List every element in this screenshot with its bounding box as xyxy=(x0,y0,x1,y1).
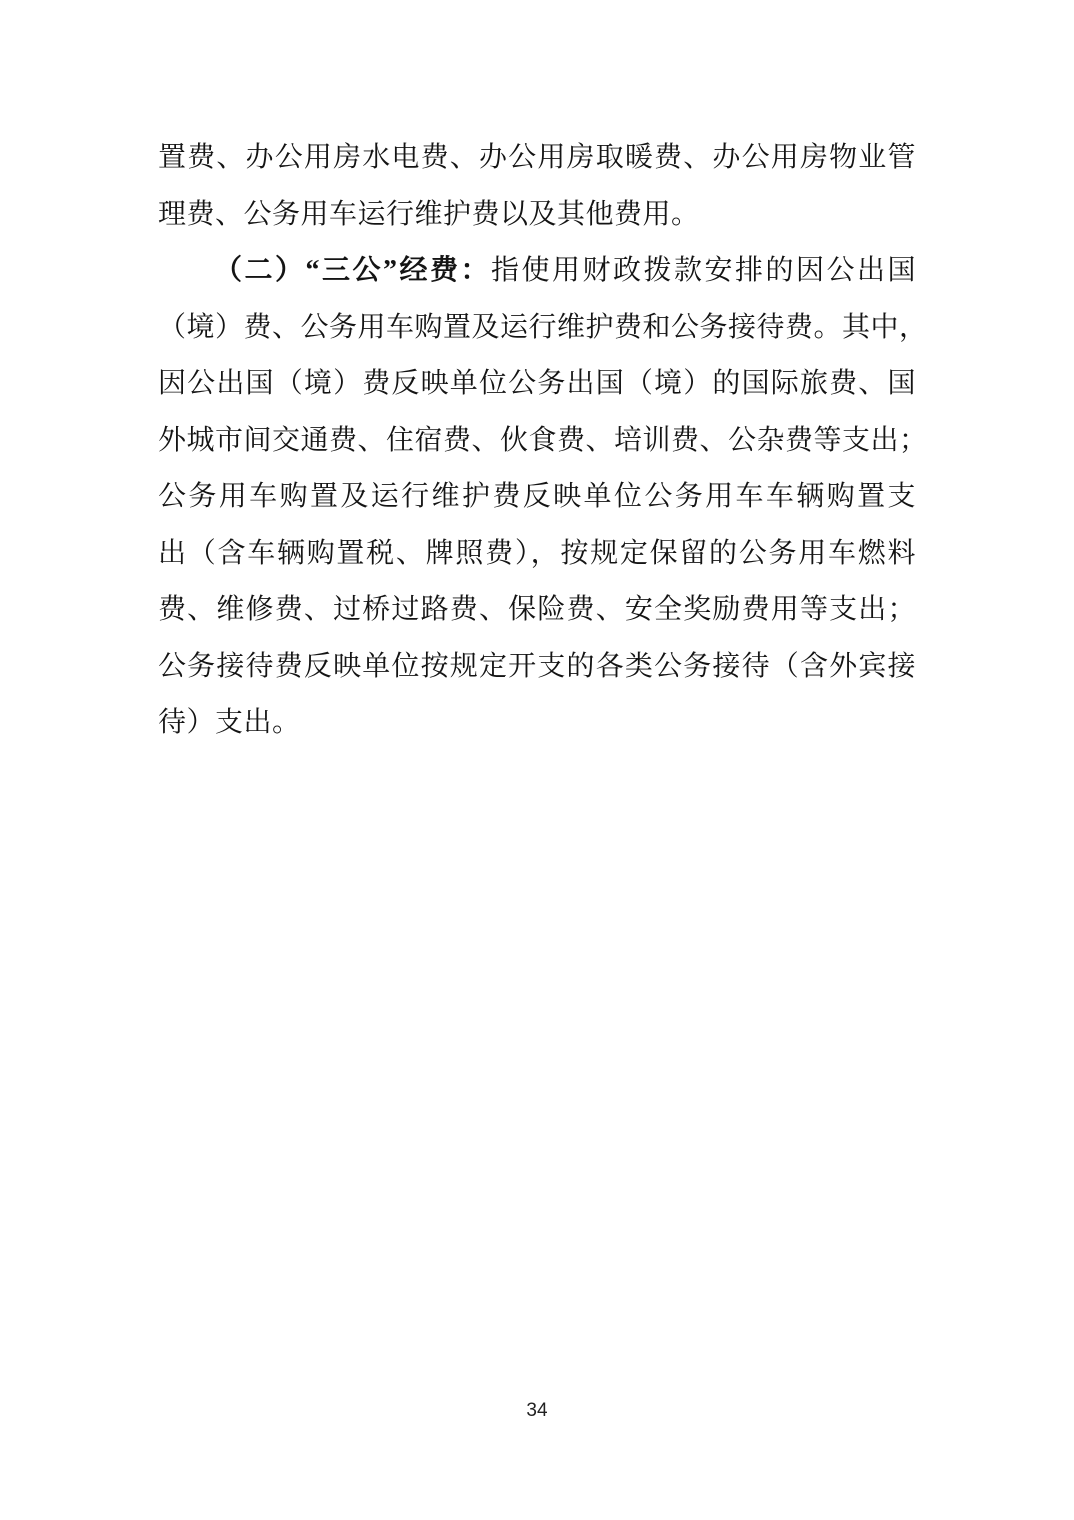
text-line-paragraph-start: （二）“三公”经费：指使用财政拨款安排的因公出国 xyxy=(158,243,916,300)
text-line: （境）费、公务用车购置及运行维护费和公务接待费。其中， xyxy=(158,300,916,357)
paragraph-lead-rest: 指使用财政拨款安排的因公出国 xyxy=(491,255,916,286)
document-body: 置费、办公用房水电费、办公用房取暖费、办公用房物业管 理费、公务用车运行维护费以… xyxy=(158,130,916,752)
text-line: 公务接待费反映单位按规定开支的各类公务接待（含外宾接 xyxy=(158,639,916,696)
text-line: 待）支出。 xyxy=(158,695,916,752)
paragraph-lead-bold: （二）“三公”经费： xyxy=(214,255,491,286)
text-line: 因公出国（境）费反映单位公务出国（境）的国际旅费、国 xyxy=(158,356,916,413)
text-line: 理费、公务用车运行维护费以及其他费用。 xyxy=(158,187,916,244)
document-page: 置费、办公用房水电费、办公用房取暖费、办公用房物业管 理费、公务用车运行维护费以… xyxy=(0,0,1074,1520)
text-line: 外城市间交通费、住宿费、伙食费、培训费、公杂费等支出； xyxy=(158,413,916,470)
page-number: 34 xyxy=(0,1400,1074,1422)
text-line: 公务用车购置及运行维护费反映单位公务用车车辆购置支 xyxy=(158,469,916,526)
text-line: 出（含车辆购置税、牌照费），按规定保留的公务用车燃料 xyxy=(158,526,916,583)
text-line: 费、维修费、过桥过路费、保险费、安全奖励费用等支出； xyxy=(158,582,916,639)
text-line: 置费、办公用房水电费、办公用房取暖费、办公用房物业管 xyxy=(158,130,916,187)
